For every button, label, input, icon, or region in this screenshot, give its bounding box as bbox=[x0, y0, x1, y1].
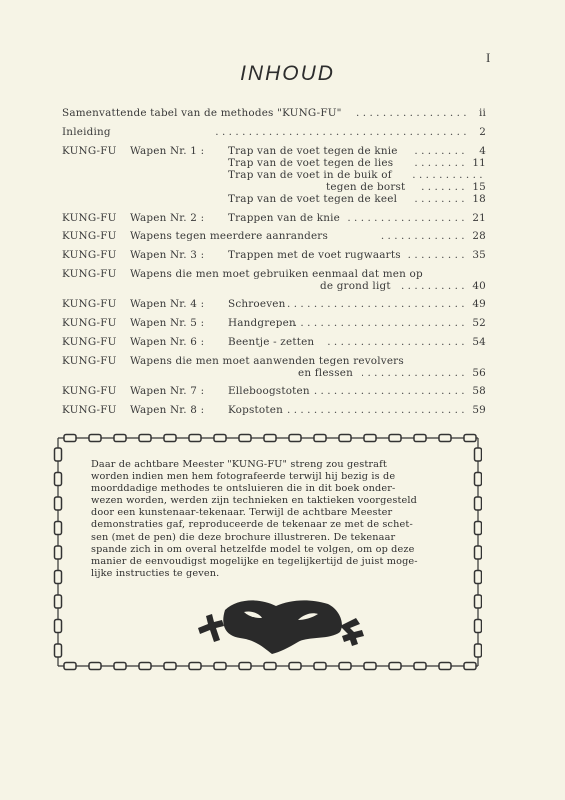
toc-weapon-number: Wapens die men moet gebruiken eenmaal da… bbox=[130, 268, 423, 280]
notice-line: door een kunstenaar-tekenaar. Terwijl de… bbox=[91, 507, 481, 519]
toc-entry-page: 52 bbox=[472, 317, 486, 329]
toc-entry-title: Trap van de voet tegen de lies bbox=[228, 157, 393, 169]
toc-entry: KUNG-FUWapen Nr. 7 :Elleboogstoten......… bbox=[62, 385, 486, 399]
toc-entry: KUNG-FUWapen Nr. 6 :Beentje - zetten....… bbox=[62, 336, 486, 350]
toc-weapon-label: KUNG-FU bbox=[62, 317, 117, 329]
toc-weapon-number: Wapens tegen meerdere aanranders bbox=[130, 230, 328, 242]
dot-leader: ...................................... bbox=[283, 298, 468, 310]
toc-entry-title: Kopstoten bbox=[228, 404, 283, 416]
toc-entry-title: tegen de borst bbox=[326, 181, 405, 193]
notice-line: spande zich in om overal hetzelfde model… bbox=[91, 544, 481, 556]
toc-entry-title: Trap van de voet in de buik of bbox=[228, 169, 392, 181]
dot-leader: ...................................... bbox=[118, 126, 470, 138]
toc-entry-title: Trap van de voet tegen de knie bbox=[228, 145, 398, 157]
toc-entry: KUNG-FUWapen Nr. 8 :Kopstoten...........… bbox=[62, 404, 486, 418]
toc-weapon-label: KUNG-FU bbox=[62, 298, 117, 310]
notice-line: manier de eenvoudigst mogelijke en tegel… bbox=[91, 556, 481, 568]
toc-entry-page: 15 bbox=[472, 181, 486, 193]
toc-entry-title: Inleiding bbox=[62, 126, 111, 138]
toc-entry-page: 56 bbox=[472, 367, 486, 379]
toc-entry: Samenvattende tabel van de methodes "KUN… bbox=[62, 107, 486, 121]
toc-weapon-number: Wapen Nr. 2 : bbox=[130, 212, 204, 224]
dot-leader: ...................................... bbox=[362, 367, 468, 379]
dot-leader: ...................................... bbox=[344, 212, 468, 224]
toc-entry-page: 18 bbox=[472, 193, 486, 205]
toc-entry-title: Samenvattende tabel van de methodes "KUN… bbox=[62, 107, 342, 119]
toc-entry-page: 40 bbox=[472, 280, 486, 292]
toc-entry-page: 49 bbox=[472, 298, 486, 310]
toc-entry-title: Trappen van de knie bbox=[228, 212, 340, 224]
toc-entry-title: Handgrepen bbox=[228, 317, 296, 329]
toc-weapon-number: Wapen Nr. 4 : bbox=[130, 298, 204, 310]
toc-weapon-number: Wapen Nr. 7 : bbox=[130, 385, 204, 397]
toc-entry: en flessen..............................… bbox=[62, 367, 486, 381]
toc-entry-page: 58 bbox=[472, 385, 486, 397]
mask-illustration bbox=[180, 596, 380, 660]
toc-entry-page: 21 bbox=[472, 212, 486, 224]
toc-entry: KUNG-FUWapens tegen meerdere aanranders.… bbox=[62, 230, 486, 244]
notice-paragraph: Daar de achtbare Meester "KUNG-FU" stren… bbox=[91, 459, 481, 580]
toc-entry-title: de grond ligt bbox=[320, 280, 391, 292]
toc-weapon-number: Wapen Nr. 1 : bbox=[130, 145, 204, 157]
dot-leader: ...................................... bbox=[352, 107, 470, 119]
notice-line: sen (met de pen) die deze brochure illus… bbox=[91, 532, 481, 544]
dot-leader: ...................................... bbox=[411, 157, 468, 169]
mask-icon bbox=[180, 596, 380, 656]
dot-leader: ...................................... bbox=[313, 385, 468, 397]
toc-entry: de grond ligt...........................… bbox=[62, 280, 486, 294]
toc-entry-title: en flessen bbox=[298, 367, 353, 379]
dot-leader: ...................................... bbox=[405, 249, 468, 261]
toc-entry-page: 28 bbox=[472, 230, 486, 242]
toc-weapon-label: KUNG-FU bbox=[62, 355, 117, 367]
page-title: INHOUD bbox=[0, 62, 565, 86]
dot-leader: ...................................... bbox=[411, 169, 486, 181]
dot-leader: ...................................... bbox=[411, 193, 468, 205]
toc-entry-page: 4 bbox=[479, 145, 486, 157]
toc-entry-page: 35 bbox=[472, 249, 486, 261]
toc-weapon-label: KUNG-FU bbox=[62, 212, 117, 224]
toc-weapon-label: KUNG-FU bbox=[62, 249, 117, 261]
kung-glyph-icon bbox=[198, 614, 224, 642]
toc-entry: Trap van de voet tegen de keel..........… bbox=[62, 193, 486, 207]
toc-entry-page: 2 bbox=[479, 126, 486, 138]
notice-line: demonstraties gaf, reproduceerde de teke… bbox=[91, 519, 481, 531]
toc-weapon-number: Wapen Nr. 5 : bbox=[130, 317, 204, 329]
dot-leader: ...................................... bbox=[378, 230, 468, 242]
toc-entry-page: 11 bbox=[472, 157, 486, 169]
toc-weapon-number: Wapen Nr. 8 : bbox=[130, 404, 204, 416]
toc-weapon-label: KUNG-FU bbox=[62, 404, 117, 416]
notice-line: moorddadige methodes te ontsluieren die … bbox=[91, 483, 481, 495]
toc-weapon-number: Wapen Nr. 6 : bbox=[130, 336, 204, 348]
fu-glyph-icon bbox=[340, 618, 364, 646]
dot-leader: ...................................... bbox=[289, 317, 468, 329]
toc-entry-page: 59 bbox=[472, 404, 486, 416]
dot-leader: ...................................... bbox=[283, 404, 468, 416]
notice-line: lijke instructies te geven. bbox=[91, 568, 481, 580]
toc-entry-title: Schroeven bbox=[228, 298, 286, 310]
toc-weapon-label: KUNG-FU bbox=[62, 336, 117, 348]
toc-weapon-label: KUNG-FU bbox=[62, 145, 117, 157]
dot-leader: ...................................... bbox=[402, 280, 468, 292]
toc-weapon-number: Wapens die men moet aanwenden tegen revo… bbox=[130, 355, 404, 367]
notice-line: Daar de achtbare Meester "KUNG-FU" stren… bbox=[91, 459, 481, 471]
dot-leader: ...................................... bbox=[411, 145, 468, 157]
toc-weapon-label: KUNG-FU bbox=[62, 268, 117, 280]
toc-entry: KUNG-FUWapen Nr. 4 :Schroeven...........… bbox=[62, 298, 486, 312]
dot-leader: ...................................... bbox=[422, 181, 468, 193]
toc-entry-title: Beentje - zetten bbox=[228, 336, 314, 348]
toc-entry: Inleiding...............................… bbox=[62, 126, 486, 140]
toc-entry-title: Trap van de voet tegen de keel bbox=[228, 193, 397, 205]
toc-entry: KUNG-FUWapen Nr. 3 :Trappen met de voet … bbox=[62, 249, 486, 263]
toc-entry: KUNG-FUWapen Nr. 5 :Handgrepen..........… bbox=[62, 317, 486, 331]
notice-line: wezen worden, werden zijn technieken en … bbox=[91, 495, 481, 507]
toc-entry-page: ii bbox=[479, 107, 486, 119]
notice-line: worden indien men hem fotografeerde terw… bbox=[91, 471, 481, 483]
toc-entry-page: 54 bbox=[472, 336, 486, 348]
toc-entry-title: Trappen met de voet rugwaarts bbox=[228, 249, 401, 261]
toc-weapon-number: Wapen Nr. 3 : bbox=[130, 249, 204, 261]
dot-leader: ...................................... bbox=[326, 336, 468, 348]
toc-weapon-label: KUNG-FU bbox=[62, 230, 117, 242]
toc-weapon-label: KUNG-FU bbox=[62, 385, 117, 397]
toc-entry: KUNG-FUWapen Nr. 2 :Trappen van de knie.… bbox=[62, 212, 486, 226]
toc-entry-title: Elleboogstoten bbox=[228, 385, 310, 397]
